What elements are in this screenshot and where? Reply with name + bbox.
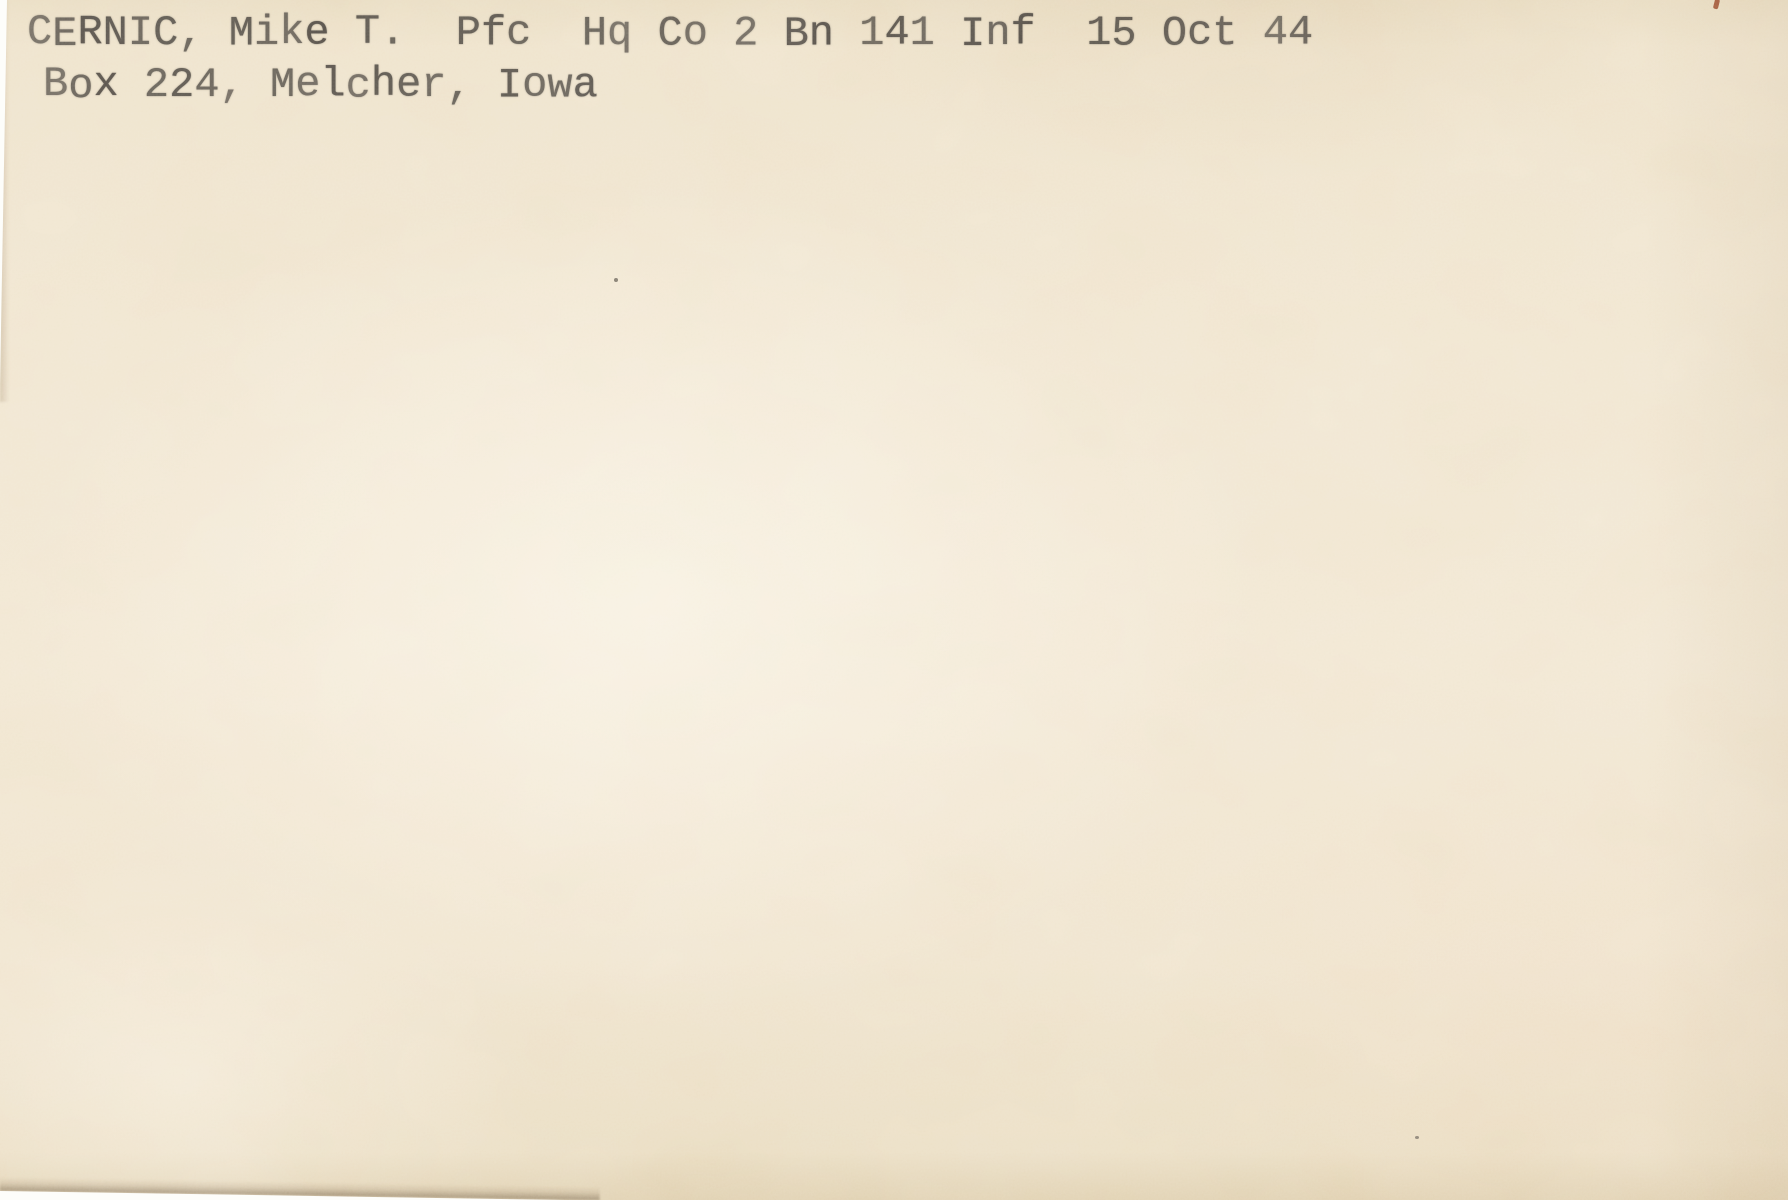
paper-texture — [0, 0, 1788, 1200]
card-bottom-edge-shadow — [0, 1177, 600, 1200]
index-card: CERNIC, Mike T. Pfc Hq Co 2 Bn 141 Inf 1… — [0, 0, 1788, 1200]
paper-speck — [614, 278, 618, 282]
card-left-edge-shadow — [0, 0, 11, 402]
record-line-1: CERNIC, Mike T. Pfc Hq Co 2 Bn 141 Inf 1… — [27, 11, 1313, 55]
paper-speck — [1415, 1136, 1419, 1139]
red-fiber-fleck — [1713, 0, 1720, 9]
scanner-background: CERNIC, Mike T. Pfc Hq Co 2 Bn 141 Inf 1… — [0, 0, 1788, 1200]
record-line-2: Box 224, Melcher, Iowa — [43, 63, 598, 107]
